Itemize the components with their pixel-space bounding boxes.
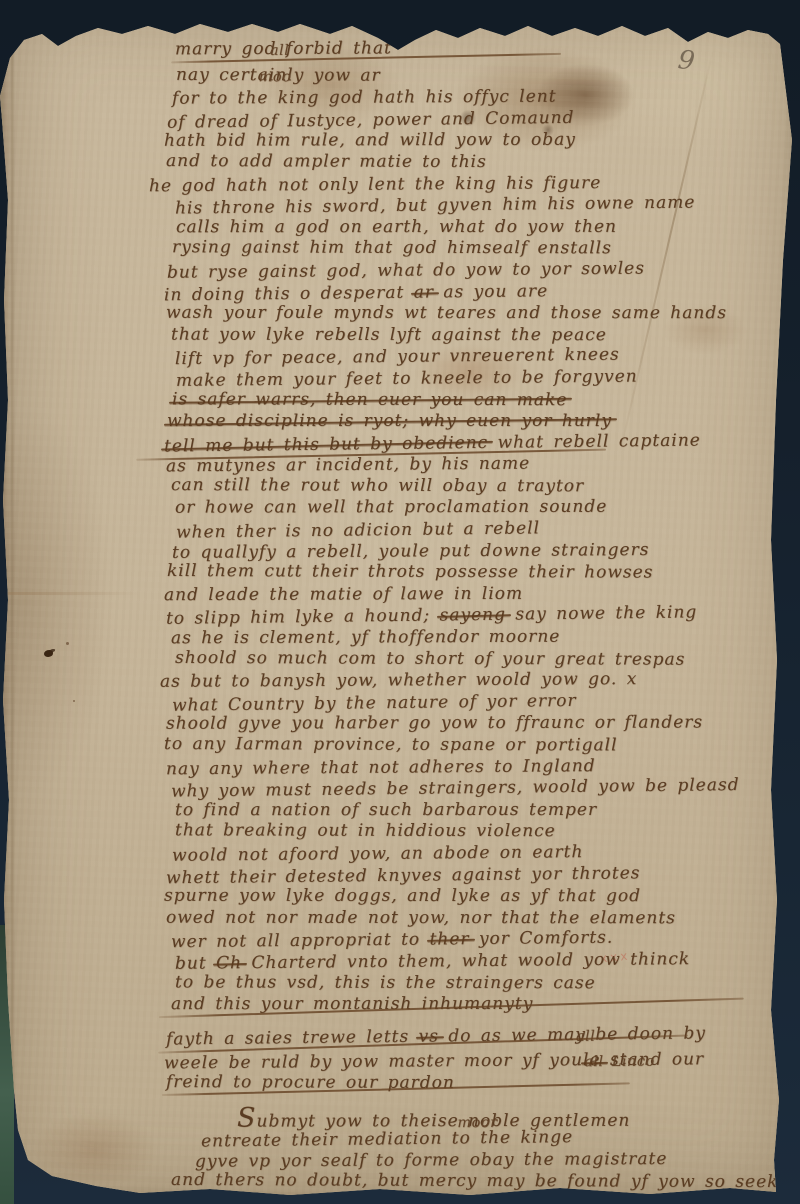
paper-crease	[0, 592, 140, 595]
manuscript-line: weele be ruld by yow master moor yf youl…	[164, 1049, 790, 1075]
ink-speck	[66, 642, 69, 645]
manuscript-line: and to add ampler matie to this	[166, 151, 790, 175]
ink-blot	[44, 650, 53, 657]
handwritten-text: owed not nor made not yow, nor that the …	[166, 907, 676, 928]
deleted-text: sayeng	[439, 605, 506, 626]
handwritten-text: or howe can well that proclamation sound…	[175, 497, 607, 518]
deleted-text: ther	[429, 929, 469, 949]
manuscript-photo: 9 xxx marry god forbid thatallnay certai…	[0, 0, 800, 1204]
handwritten-text: but	[175, 953, 216, 973]
handwritten-text: Linco	[604, 1054, 655, 1070]
handwritten-text: that breaking out in hiddious violence	[175, 821, 556, 842]
parchment-page: 9 xxx marry god forbid thatallnay certai…	[0, 0, 800, 1204]
manuscript-line: shoold gyve you harber go yow to ffraunc…	[166, 713, 790, 736]
speech-prefix: moo	[259, 69, 292, 85]
handwritten-text: shoold so much com to short of your grea…	[175, 648, 685, 670]
handwritten-text: to find a nation of such barbarous tempe…	[175, 800, 597, 820]
handwritten-text: wer not all appropriat to	[171, 930, 430, 953]
manuscript-line: but Ch Charterd vnto them, what woold yo…	[175, 948, 790, 975]
manuscript-line: as he is clement, yf thoffendor moorne	[171, 626, 790, 650]
handwritten-text: entreate their mediation to the kinge	[201, 1127, 573, 1151]
text-block: marry god forbid thatallnay certainly yo…	[170, 38, 790, 1193]
handwritten-text: when ther is no adicion but a rebell	[176, 518, 540, 542]
handwritten-text: all	[270, 43, 289, 59]
deleted-text: all	[584, 1054, 604, 1070]
handwritten-text: yor Comforts.	[469, 928, 613, 949]
handwritten-text: but ryse gainst god, what do yow to yor …	[167, 258, 645, 282]
handwritten-text: of dread of Iustyce, power and Comaund	[167, 108, 575, 133]
manuscript-line: spurne yow lyke doggs, and lyke as yf th…	[164, 886, 790, 908]
speech-prefix: all	[270, 43, 289, 59]
handwritten-text: to slipp him lyke a hound;	[166, 606, 440, 629]
handwritten-text: and leade the matie of lawe in liom	[164, 584, 523, 605]
manuscript-line: hath bid him rule, and willd yow to obay	[164, 130, 790, 153]
deleted-text: ar	[414, 282, 434, 302]
manuscript-line: and thers no doubt, but mercy may be fou…	[171, 1170, 790, 1194]
handwritten-text: woold not afoord yow, an abode on earth	[172, 842, 584, 866]
manuscript-line: calls him a god on earth, what do yow th…	[176, 217, 790, 239]
handwritten-text: make them your feet to kneele to be forg…	[176, 366, 638, 390]
manuscript-line: marry god forbid thatall	[175, 37, 790, 61]
handwritten-text: say nowe the king	[506, 603, 698, 625]
handwritten-text: hath bid him rule, and willd yow to obay	[164, 130, 576, 151]
handwritten-text: and thers no doubt, but mercy may be fou…	[171, 1170, 779, 1192]
handwritten-text: rysing gainst him that god himsealf enst…	[172, 238, 612, 259]
handwritten-text: that yow lyke rebells lyft against the p…	[171, 324, 607, 345]
ink-speck	[73, 700, 75, 702]
handwritten-text: as but to banysh yow, whether woold yow …	[160, 669, 637, 692]
manuscript-line: whose discipline is ryot; why euen yor h…	[167, 411, 790, 433]
handwritten-text: for to the king god hath his offyc lent	[172, 87, 557, 109]
handwritten-text: to be thus vsd, this is the straingers c…	[175, 972, 596, 993]
manuscript-line: to be thus vsd, this is the straingers c…	[175, 972, 790, 995]
handwritten-text: lift vp for peace, and your vnreuerent k…	[175, 345, 620, 370]
deleted-text: Ch	[216, 953, 242, 973]
manuscript-line: can still the rout who will obay a trayt…	[171, 475, 790, 498]
handwritten-text: as mutynes ar incident, by his name	[166, 454, 530, 477]
speech-prefix: all Linco	[584, 1054, 655, 1071]
manuscript-line: nay certainly yow armoo	[176, 65, 790, 89]
manuscript-line: make them your feet to kneele to be forg…	[176, 365, 790, 392]
handwritten-text: whett their detested knyves against yor …	[166, 863, 641, 888]
manuscript-line: as mutynes ar incident, by his name	[166, 452, 790, 478]
handwritten-text: as you are	[434, 281, 548, 302]
manuscript-line: to find a nation of such barbarous tempe…	[175, 800, 790, 822]
handwritten-text: to quallyfy a rebell, youle put downe st…	[172, 540, 650, 563]
deleted-text: whose discipline is ryot; why euen yor h…	[167, 411, 612, 431]
manuscript-line: freind to procure our pardon	[166, 1072, 790, 1095]
deleted-text: is safer warrs, then euer you can make	[172, 389, 567, 410]
manuscript-line: to any Iarman province, to spane or port…	[164, 734, 790, 758]
handwritten-text: nay any where that not adheres to Inglan…	[166, 756, 596, 779]
manuscript-line: shoold so much com to short of your grea…	[175, 648, 790, 672]
speech-prefix: all	[576, 1028, 596, 1044]
handwritten-text: kill them cutt their throts possesse the…	[167, 561, 653, 583]
handwritten-text: and to add ampler matie to this	[166, 151, 487, 172]
manuscript-line: and this your montanish inhumanyty	[171, 994, 790, 1016]
manuscript-line: kill them cutt their throts possesse the…	[167, 561, 790, 585]
manuscript-line: wash your foule mynds wt teares and thos…	[166, 303, 790, 325]
handwritten-text: shoold gyve you harber go yow to ffraunc…	[166, 713, 703, 734]
manuscript-line: fayth a saies trewe letts vs do as we ma…	[166, 1022, 790, 1051]
manuscript-line: gyve vp yor sealf to forme obay the magi…	[195, 1148, 790, 1173]
handwritten-text: he god hath not only lent the king his f…	[149, 173, 601, 196]
handwritten-text: what Country by the nature of yor error	[172, 691, 577, 716]
handwritten-text: to any Iarman province, to spane or port…	[164, 734, 618, 755]
manuscript-line: to quallyfy a rebell, youle put downe st…	[172, 539, 790, 564]
handwritten-text: as he is clement, yf thoffendor moorne	[171, 627, 560, 649]
handwritten-text: in doing this o desperat	[164, 282, 414, 305]
handwritten-text: gyve vp yor sealf to forme obay the magi…	[195, 1149, 667, 1172]
handwritten-text: can still the rout who will obay a trayt…	[171, 475, 584, 496]
handwritten-text: wash your foule mynds wt teares and thos…	[166, 303, 727, 323]
handwritten-text: spurne yow lyke doggs, and lyke as yf th…	[164, 886, 641, 906]
handwritten-text: Charterd vnto them, what woold yow thinc…	[242, 949, 690, 973]
handwritten-text: all	[576, 1028, 596, 1044]
handwritten-text: calls him a god on earth, what do yow th…	[176, 217, 617, 237]
handwritten-text: moo	[259, 69, 292, 85]
manuscript-line: is safer warrs, then euer you can make	[172, 389, 790, 412]
